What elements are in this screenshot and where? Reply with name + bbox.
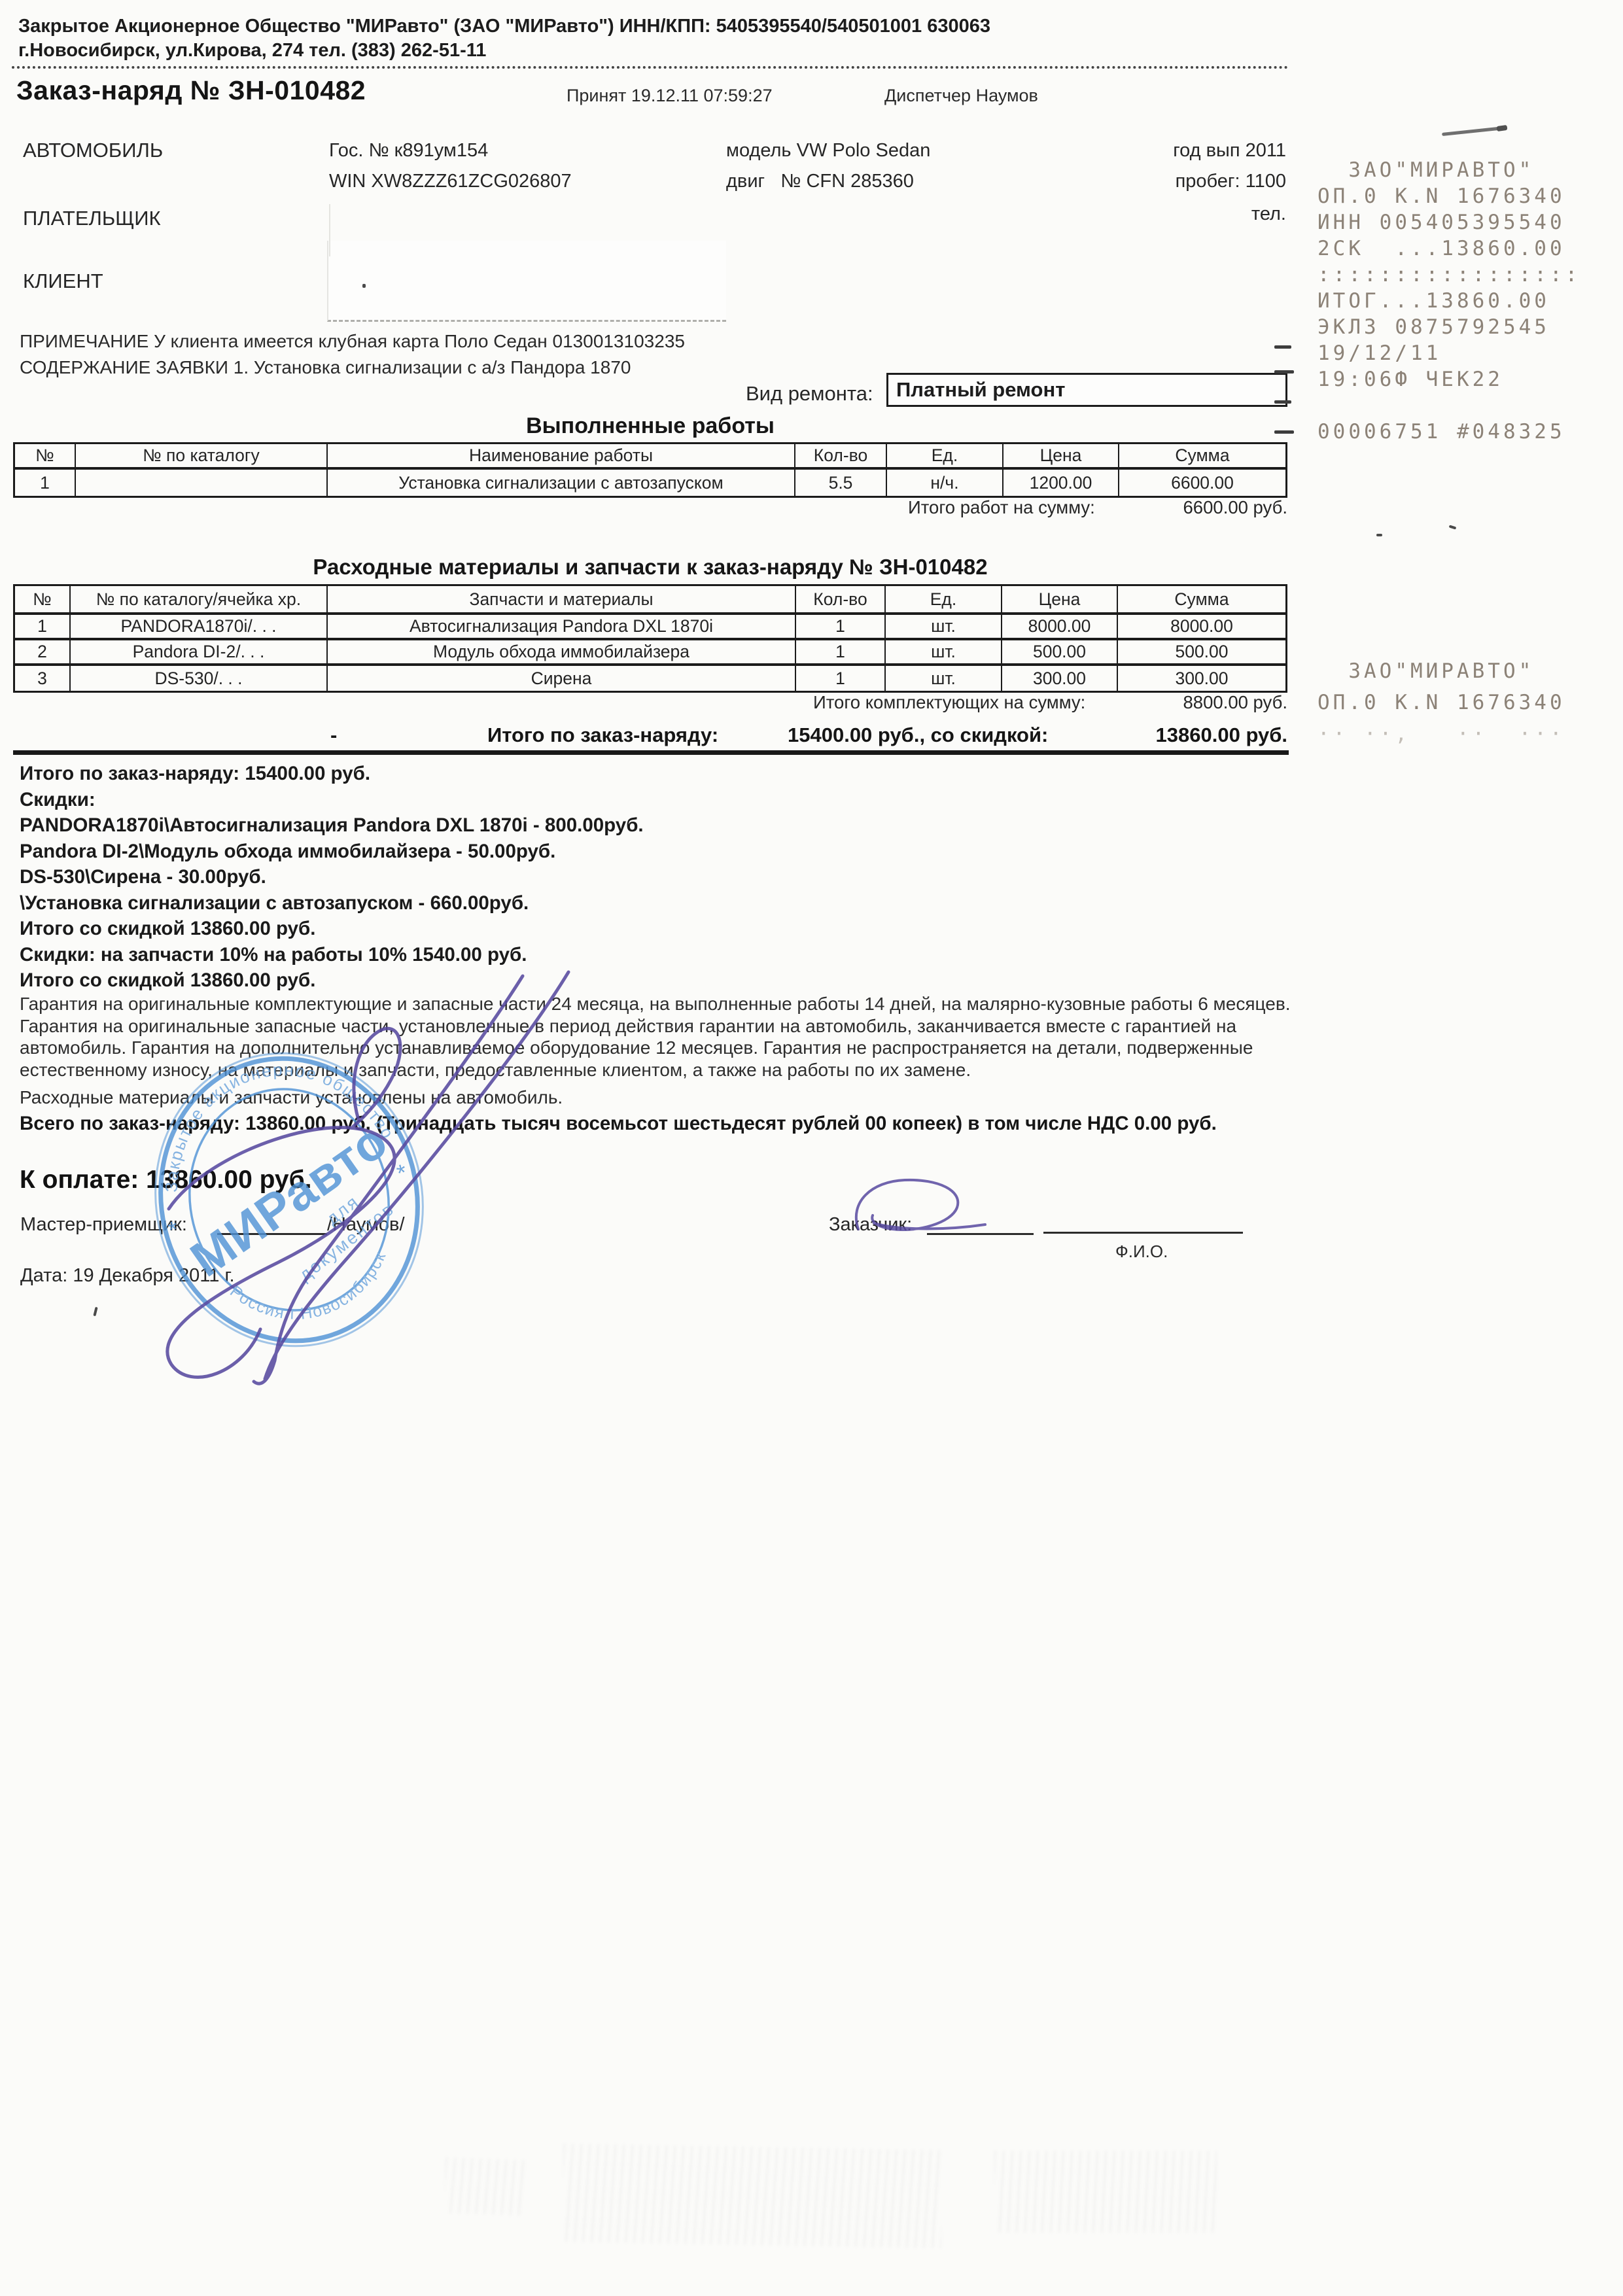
order-title: Заказ-наряд № ЗН-010482 bbox=[16, 75, 366, 106]
summary-line: Скидки: на запчасти 10% на работы 10% 15… bbox=[20, 942, 644, 968]
parts-col-num: № bbox=[15, 586, 71, 615]
vehicle-model: модель VW Polo Sedan bbox=[726, 140, 930, 162]
summary-line: \Установка сигнализации с автозапуском -… bbox=[20, 890, 644, 916]
receipt-line: ЗАО"МИРАВТО" bbox=[1318, 655, 1565, 687]
to-pay-amount: К оплате: 13860.00 руб. bbox=[20, 1166, 312, 1194]
grand-total-dash: - bbox=[330, 723, 337, 747]
stamp-middle-text-2: документов bbox=[296, 1198, 398, 1285]
grand-total-label: Итого по заказ-наряду: bbox=[487, 723, 718, 747]
stamp-star-right: * bbox=[394, 1158, 410, 1187]
parts-col-sum: Сумма bbox=[1118, 586, 1285, 615]
pen-tick bbox=[1274, 400, 1291, 404]
summary-block: Итого по заказ-наряду: 15400.00 руб. Ски… bbox=[20, 761, 644, 994]
works-col-qty: Кол-во bbox=[795, 444, 887, 470]
receipt-line: 00006751 #048325 bbox=[1318, 419, 1580, 445]
customer-signature-line-1 bbox=[927, 1233, 1034, 1235]
summary-line: PANDORA1870i\Автосигнализация Pandora DX… bbox=[20, 812, 644, 839]
master-signature-line bbox=[217, 1233, 327, 1235]
request-line: СОДЕРЖАНИЕ ЗАЯВКИ 1. Установка сигнализа… bbox=[20, 357, 631, 378]
pen-stroke-artifact bbox=[1442, 126, 1505, 136]
works-table-header: № № по каталогу Наименование работы Кол-… bbox=[15, 444, 1285, 470]
summary-line: Скидки: bbox=[20, 787, 644, 813]
repair-type-label: Вид ремонта: bbox=[746, 382, 873, 406]
ink-speck bbox=[93, 1307, 97, 1317]
note-line: ПРИМЕЧАНИЕ У клиента имеется клубная кар… bbox=[20, 331, 685, 352]
vehicle-label: АВТОМОБИЛЬ bbox=[23, 139, 163, 162]
summary-line: Pandora DI-2\Модуль обхода иммобилайзера… bbox=[20, 839, 644, 865]
grand-total-value: 13860.00 руб. bbox=[1112, 723, 1287, 747]
bleed-through-ghost bbox=[444, 2157, 525, 2216]
bleed-through-ghost bbox=[562, 2144, 943, 2248]
vehicle-year: год вып 2011 bbox=[1145, 140, 1286, 162]
works-col-num: № bbox=[15, 444, 76, 470]
summary-line: Итого по заказ-наряду: 15400.00 руб. bbox=[20, 761, 644, 787]
pen-tick bbox=[1274, 345, 1291, 349]
works-col-name: Наименование работы bbox=[328, 444, 795, 470]
receipt-line-faded: ·· ··, ·· ··· bbox=[1318, 718, 1565, 750]
stamp-center-text: МИРавто bbox=[181, 1113, 398, 1288]
parts-col-price: Цена bbox=[1002, 586, 1118, 615]
client-field-artifact bbox=[327, 241, 726, 322]
ink-speck bbox=[1376, 534, 1382, 536]
stamp-outer-bottom-text: Россия г.Новосибирск bbox=[224, 1245, 401, 1341]
receipt-line bbox=[1318, 392, 1580, 419]
vehicle-engine: двиг № CFN 285360 bbox=[726, 171, 914, 192]
pen-tick bbox=[1274, 370, 1294, 374]
pen-stroke-tip-artifact bbox=[1497, 125, 1508, 131]
parts-col-catalog: № по каталогу/ячейка хр. bbox=[71, 586, 328, 615]
works-col-unit: Ед. bbox=[887, 444, 1003, 470]
parts-total-label: Итого комплектующих на сумму: bbox=[813, 692, 1085, 713]
payer-label: ПЛАТЕЛЬЩИК bbox=[23, 207, 161, 230]
vehicle-mileage: пробег: 1100 bbox=[1145, 171, 1286, 192]
receipt-line: 19/12/11 bbox=[1318, 340, 1580, 366]
parts-table-header: № № по каталогу/ячейка хр. Запчасти и ма… bbox=[15, 586, 1285, 615]
receipt-line: ЭКЛЗ 0875792545 bbox=[1318, 314, 1580, 340]
master-name: /Наумов/ bbox=[327, 1214, 405, 1236]
receipt-line: ::::::::::::::::: bbox=[1318, 262, 1580, 288]
summary-line: Итого со скидкой 13860.00 руб. bbox=[20, 916, 644, 942]
repair-type-box: Платный ремонт bbox=[886, 373, 1287, 407]
grand-total-divider bbox=[13, 750, 1289, 755]
parts-col-qty: Кол-во bbox=[796, 586, 886, 615]
works-table: № № по каталогу Наименование работы Кол-… bbox=[13, 442, 1287, 498]
pen-tick bbox=[1274, 430, 1294, 434]
vehicle-vin: WIN XW8ZZZ61ZCG026807 bbox=[329, 171, 572, 192]
works-total-label: Итого работ на сумму: bbox=[908, 497, 1095, 518]
parts-table: № № по каталогу/ячейка хр. Запчасти и ма… bbox=[13, 584, 1287, 693]
summary-line: DS-530\Сирена - 30.00руб. bbox=[20, 864, 644, 890]
field-edge-artifact bbox=[329, 204, 330, 256]
master-label: Мастер-приемщик: bbox=[20, 1214, 187, 1236]
total-in-words: Всего по заказ-наряду: 13860.00 руб. (Тр… bbox=[20, 1112, 1263, 1135]
receipt-line: ИНН 005405395540 bbox=[1318, 209, 1580, 235]
scanned-work-order-document: Закрытое Акционерное Общество "МИРавто" … bbox=[0, 0, 1623, 2296]
installed-note: Расходные материалы и запчасти установле… bbox=[20, 1087, 563, 1108]
dotted-divider bbox=[12, 66, 1289, 69]
ink-speck bbox=[1449, 525, 1457, 529]
customer-label: Заказчик: bbox=[829, 1214, 912, 1236]
receipt-imprint-2: ЗАО"МИРАВТО" ОП.0 К.N 1676340 ·· ··, ·· … bbox=[1318, 655, 1565, 750]
parts-table-row: 3 DS-530/. . . Сирена 1 шт. 300.00 300.0… bbox=[15, 666, 1285, 691]
works-table-row: 1 Установка сигнализации с автозапуском … bbox=[15, 470, 1285, 496]
date-line: Дата: 19 Декабря 2011 г. bbox=[20, 1265, 235, 1287]
works-total-value: 6600.00 руб. bbox=[1106, 497, 1287, 518]
receipt-imprint-1: ЗАО"МИРАВТО" ОП.0 К.N 1676340 ИНН 005405… bbox=[1318, 157, 1580, 445]
vehicle-gos-number: Гос. № к891ум154 bbox=[329, 140, 488, 162]
works-col-price: Цена bbox=[1003, 444, 1119, 470]
works-title: Выполненные работы bbox=[13, 413, 1287, 439]
parts-col-name: Запчасти и материалы bbox=[328, 586, 796, 615]
receipt-line: ИТОГ...13860.00 bbox=[1318, 288, 1580, 314]
order-accepted-datetime: Принят 19.12.11 07:59:27 bbox=[567, 86, 773, 106]
receipt-line: ЗАО"МИРАВТО" bbox=[1318, 157, 1580, 183]
client-label: КЛИЕНТ bbox=[23, 270, 103, 293]
summary-line: Итого со скидкой 13860.00 руб. bbox=[20, 967, 644, 994]
warranty-text: Гарантия на оригинальные комплектующие и… bbox=[20, 993, 1297, 1081]
phone-label: тел. bbox=[1145, 203, 1286, 225]
receipt-line: 2СК ...13860.00 bbox=[1318, 235, 1580, 262]
parts-table-row: 1 PANDORA1870i/. . . Автосигнализация Pa… bbox=[15, 615, 1285, 640]
works-col-catalog: № по каталогу bbox=[76, 444, 328, 470]
customer-signature-line-2 bbox=[1043, 1232, 1243, 1234]
company-header-line-1: Закрытое Акционерное Общество "МИРавто" … bbox=[18, 16, 990, 37]
receipt-line: ОП.0 К.N 1676340 bbox=[1318, 183, 1580, 209]
works-col-sum: Сумма bbox=[1119, 444, 1285, 470]
parts-total-value: 8800.00 руб. bbox=[1106, 692, 1287, 713]
repair-type-value: Платный ремонт bbox=[896, 378, 1065, 402]
ink-speck bbox=[362, 284, 366, 288]
bleed-through-ghost bbox=[994, 2151, 1217, 2233]
svg-text:Россия г.Новосибирск: Россия г.Новосибирск bbox=[224, 1245, 401, 1341]
grand-total-mid: 15400.00 руб., со скидкой: bbox=[788, 723, 1048, 747]
parts-title: Расходные материалы и запчасти к заказ-н… bbox=[13, 555, 1287, 580]
order-dispatcher: Диспетчер Наумов bbox=[884, 86, 1038, 106]
receipt-line: ОП.0 К.N 1676340 bbox=[1318, 687, 1565, 718]
parts-col-unit: Ед. bbox=[886, 586, 1002, 615]
company-header-line-2: г.Новосибирск, ул.Кирова, 274 тел. (383)… bbox=[18, 40, 486, 61]
parts-table-row: 2 Pandora DI-2/. . . Модуль обхода иммоб… bbox=[15, 640, 1285, 666]
fio-label: Ф.И.О. bbox=[1115, 1242, 1168, 1262]
receipt-line: 19:06Ф ЧЕК22 bbox=[1318, 366, 1580, 392]
